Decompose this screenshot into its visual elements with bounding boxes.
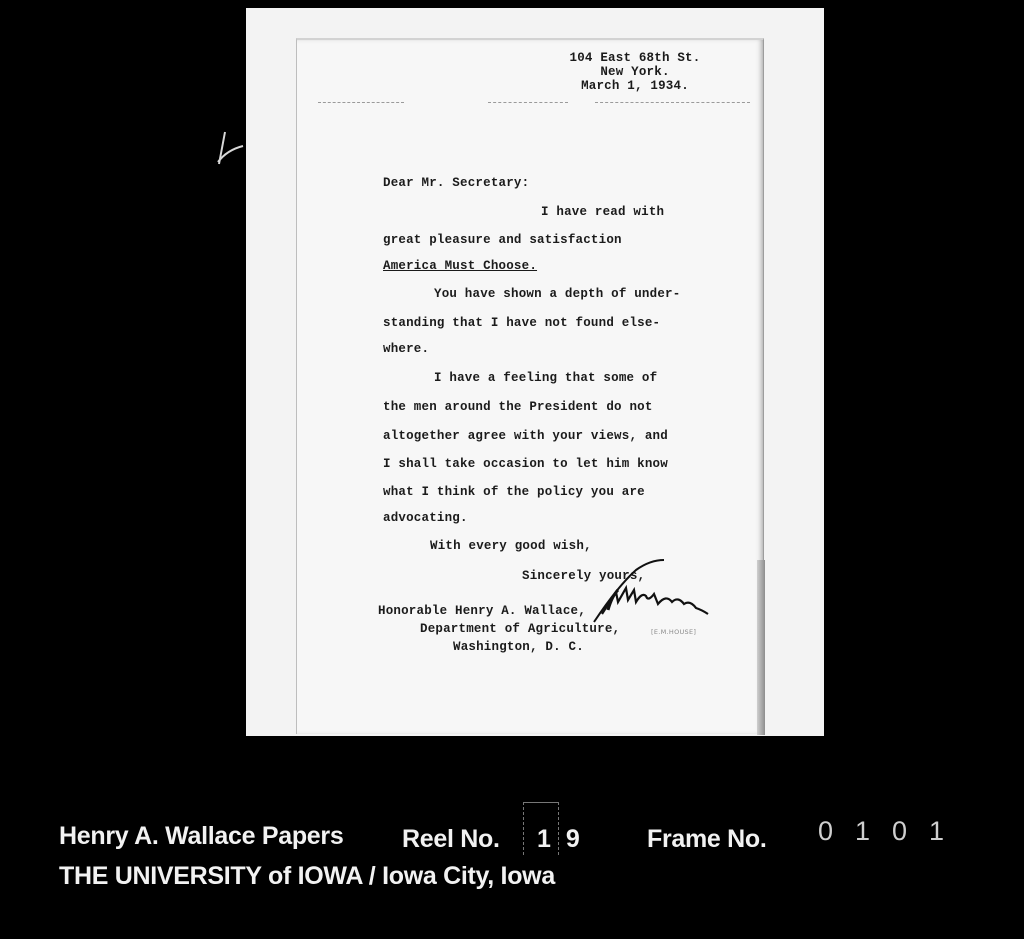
recipient-city: Washington, D. C. (453, 640, 584, 654)
salutation: Dear Mr. Secretary: (383, 176, 529, 190)
body-line: advocating. (383, 511, 468, 525)
letter-date: March 1, 1934. (560, 79, 710, 93)
signature (588, 556, 712, 626)
body-line: the men around the President do not (383, 400, 653, 414)
page-edge-shadow (757, 560, 765, 735)
book-title: America Must Choose. (383, 259, 537, 273)
letterhead-rule (488, 102, 568, 104)
frame-label: Frame No. (647, 825, 767, 854)
body-line: With every good wish, (430, 539, 592, 553)
institution: THE UNIVERSITY of IOWA / Iowa City, Iowa (59, 862, 555, 891)
body-line: I have read with (541, 205, 664, 219)
body-line: what I think of the policy you are (383, 485, 645, 499)
body-line: altogether agree with your views, and (383, 429, 668, 443)
signature-annotation: [E.M.HOUSE] (651, 628, 696, 636)
recipient-name: Honorable Henry A. Wallace, (378, 604, 586, 618)
body-line: I have a feeling that some of (434, 371, 657, 385)
sender-address-city: New York. (560, 65, 710, 79)
body-line: I shall take occasion to let him know (383, 457, 668, 471)
letterhead-rule (318, 102, 404, 104)
body-line: You have shown a depth of under- (434, 287, 680, 301)
body-line: where. (383, 342, 429, 356)
frame-number: 0101 (818, 816, 966, 847)
body-line: standing that I have not found else- (383, 316, 660, 330)
sender-address-street: 104 East 68th St. (560, 51, 710, 65)
body-line: great pleasure and satisfaction (383, 233, 622, 247)
collection-title: Henry A. Wallace Papers (59, 822, 343, 851)
letterhead-rule (595, 102, 750, 104)
reel-number: 1 9 (537, 825, 584, 854)
reel-label: Reel No. (402, 825, 500, 854)
check-mark-icon (205, 124, 245, 170)
